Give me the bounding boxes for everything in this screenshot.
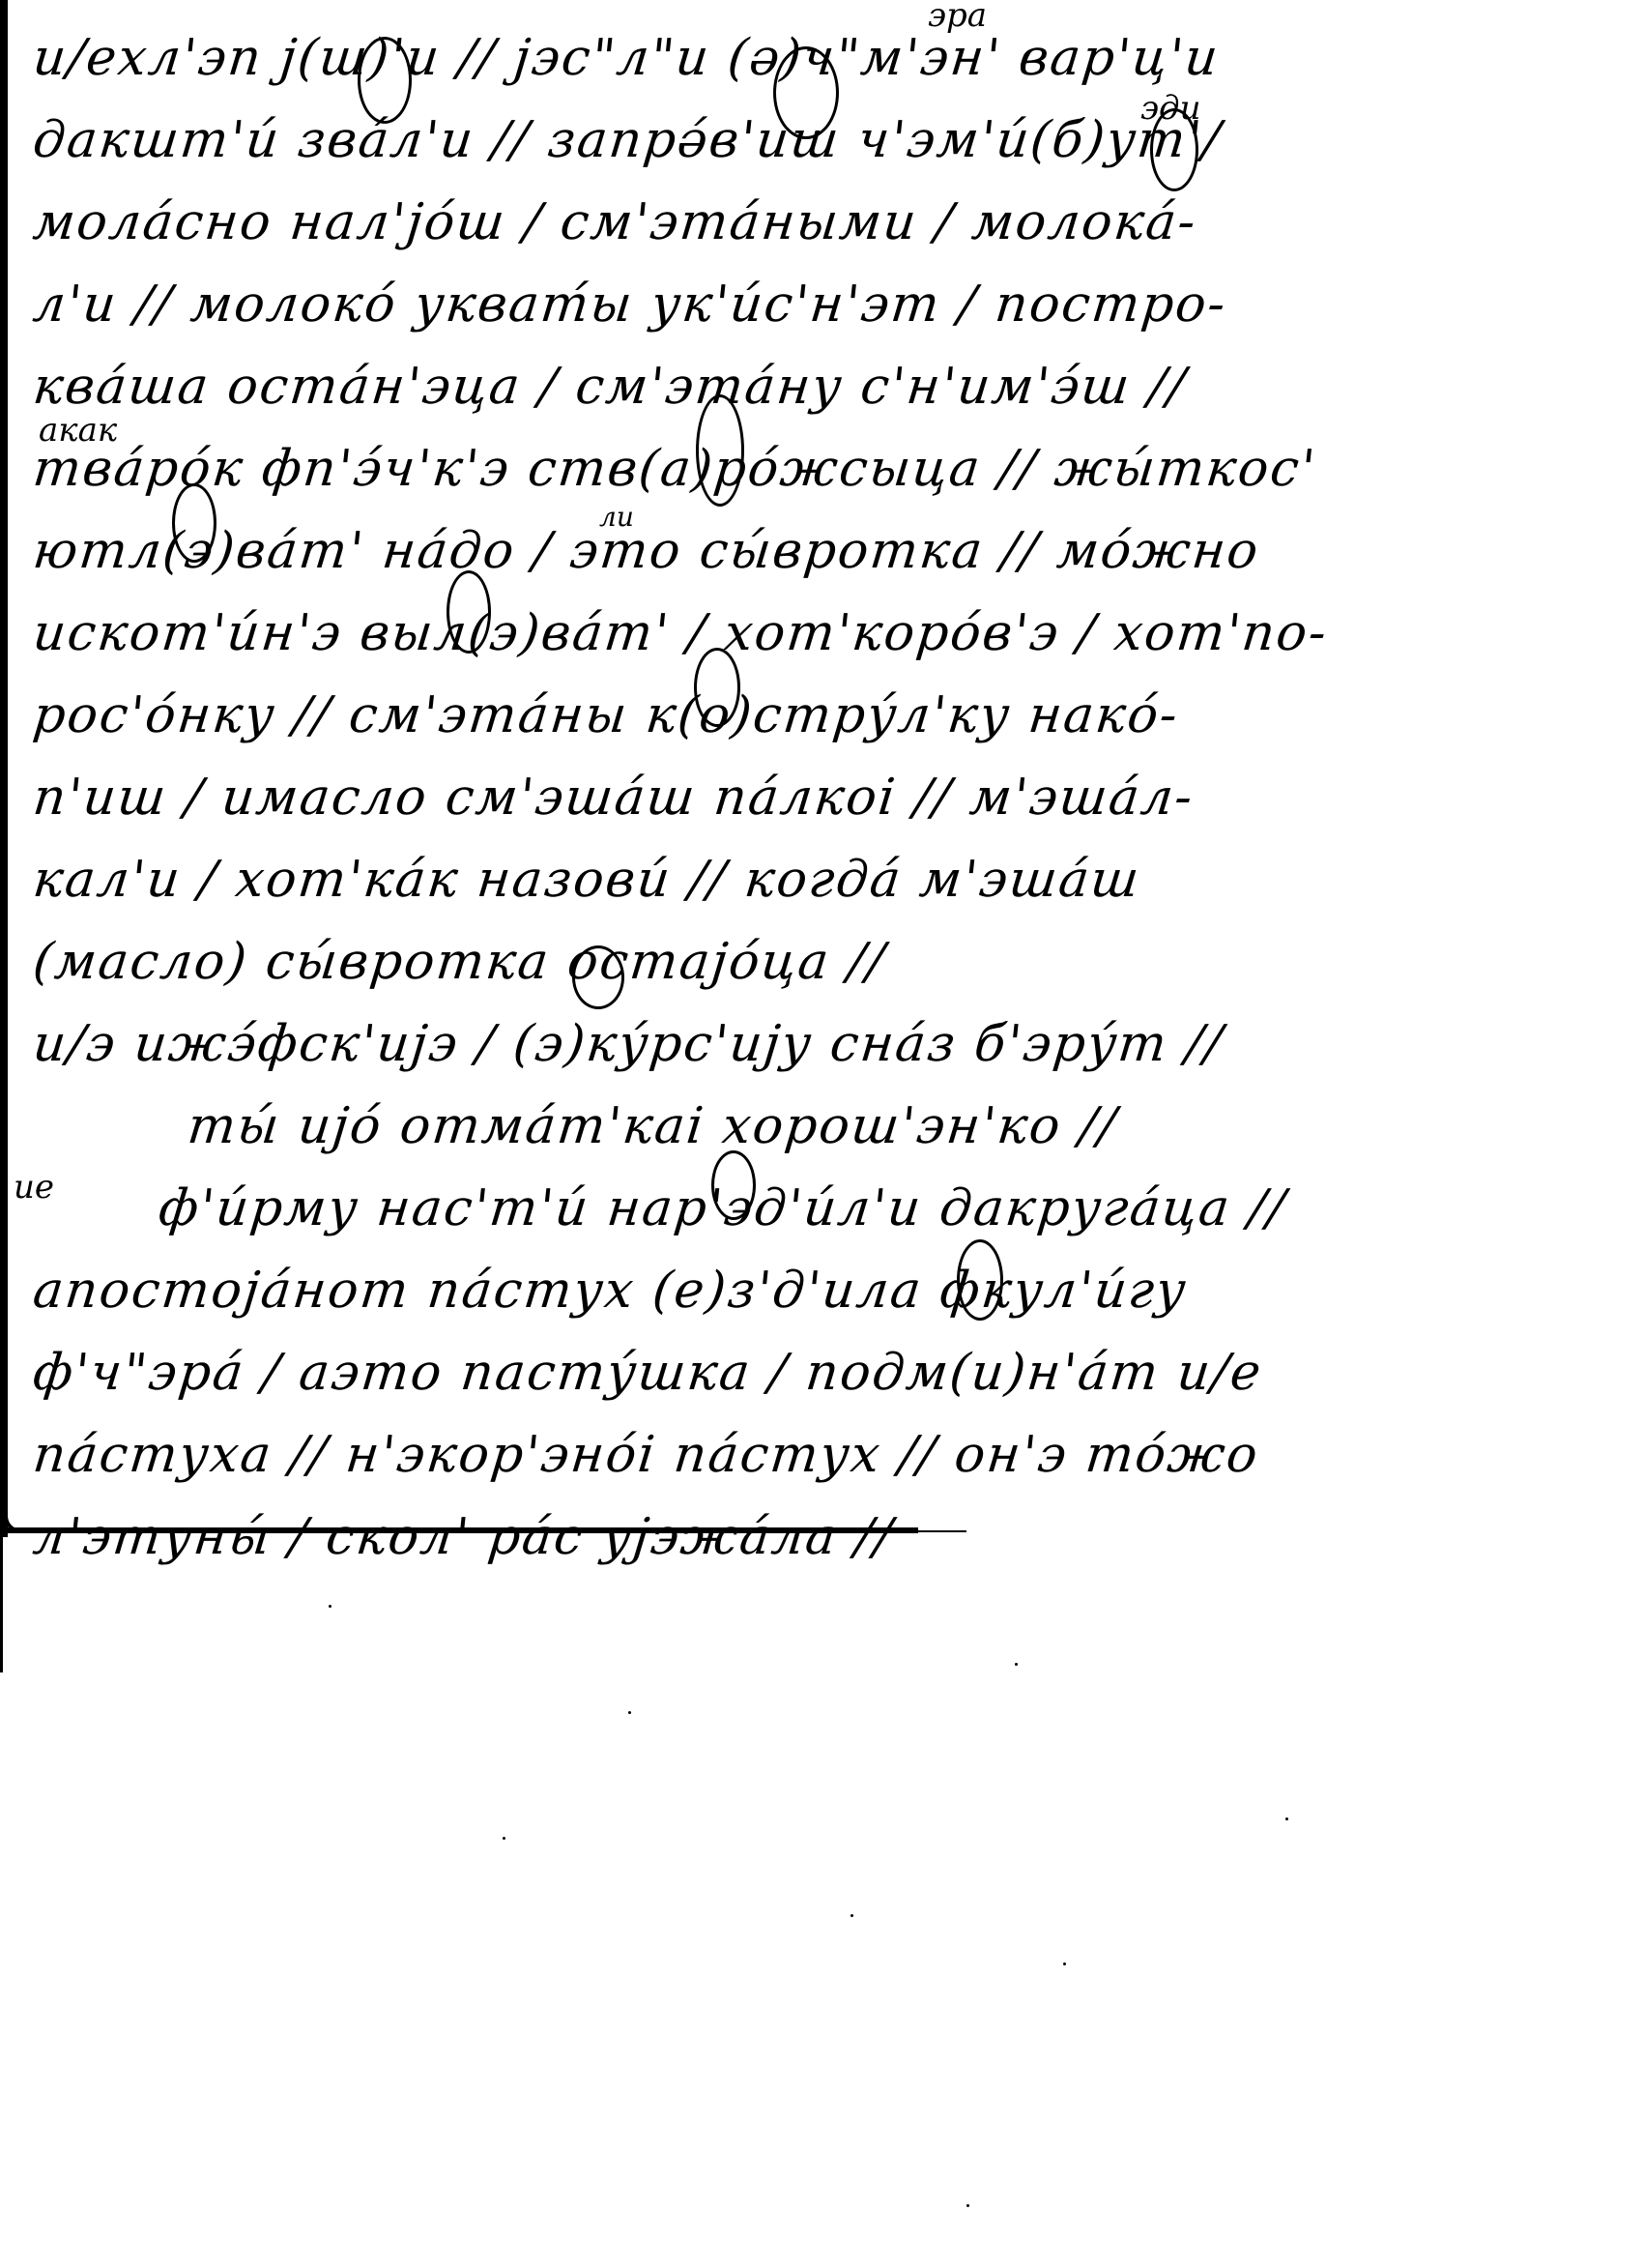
scanned-page: эра эди акак ли ие и/ехл'эп ј(ш)'и // јэ…	[0, 0, 1643, 2268]
text-line: ты́ иjо́ отма́т'каі хорош'эн'ко //	[29, 1086, 1294, 1168]
scan-speck	[1015, 1663, 1018, 1666]
text-line: л'этуны́ / скол' ра́с уjэжа́ла //	[29, 1497, 1294, 1579]
text-line: дакшт'и́ зва́л'и // запрә́в'иш ч'эм'и́(б…	[29, 100, 1294, 182]
text-line: апостоjа́нот па́стух (е)з'д'ила фкул'и́г…	[29, 1250, 1294, 1332]
scan-speck	[503, 1837, 505, 1840]
text-line: ф'и́рму нас'т'и́ нар'эд'и́л'и дакруга́ца…	[29, 1168, 1294, 1250]
text-line: ф'ч"эра́ / аэто пасту́шка / подм(и)н'а́т…	[29, 1332, 1294, 1414]
text-line: и/ехл'эп ј(ш)'и // јэс"л"и (ә)ч"м'эн' ва…	[29, 17, 1294, 100]
page-left-border-lower	[0, 1537, 3, 1672]
text-line: (масло) сы́вротка остаjо́ца //	[29, 921, 1294, 1003]
text-line: мола́сно нал'јо́ш / см'эта́ными / молока…	[29, 182, 1294, 264]
scan-speck	[329, 1605, 331, 1608]
text-line: рос'о́нку // см'эта́ны к(о)стру́л'ку нак…	[29, 675, 1294, 757]
handwritten-text: и/ехл'эп ј(ш)'и // јэс"л"и (ә)ч"м'эн' ва…	[29, 17, 1285, 1579]
page-left-border	[0, 0, 8, 1537]
scan-speck	[1285, 1817, 1288, 1820]
scan-speck	[628, 1711, 631, 1714]
text-line: ютл(э)ва́т' на́до / это сы́вротка // мо́…	[29, 510, 1294, 593]
text-line: кал'и / хот'ка́к назови́ // когда́ м'эша…	[29, 839, 1294, 921]
scan-speck	[850, 1914, 853, 1917]
text-line: л'и // молоко́ укват́ы ук'и́с'н'эт / пос…	[29, 264, 1294, 346]
text-line: искот'и́н'э выл(э)ва́т' / хот'коро́в'э /…	[29, 593, 1294, 675]
text-line: и/э ижэ́фск'иjэ / (э)ку́рс'иjу сна́з б'э…	[29, 1003, 1294, 1086]
scan-speck	[966, 2204, 969, 2207]
text-line: тва́ро́к фп'э́ч'к'э ств(а)ро́жсыца // жы…	[29, 428, 1294, 510]
text-line: ква́ша оста́н'эца / см'эта́ну с'н'им'э́ш…	[29, 346, 1294, 428]
text-line: п'иш / имаслo см'эша́ш па́лкоі // м'эша́…	[29, 757, 1294, 839]
scan-speck	[1063, 1963, 1066, 1965]
text-line: па́стуха // н'экор'эно́і па́стух // он'э…	[29, 1414, 1294, 1497]
